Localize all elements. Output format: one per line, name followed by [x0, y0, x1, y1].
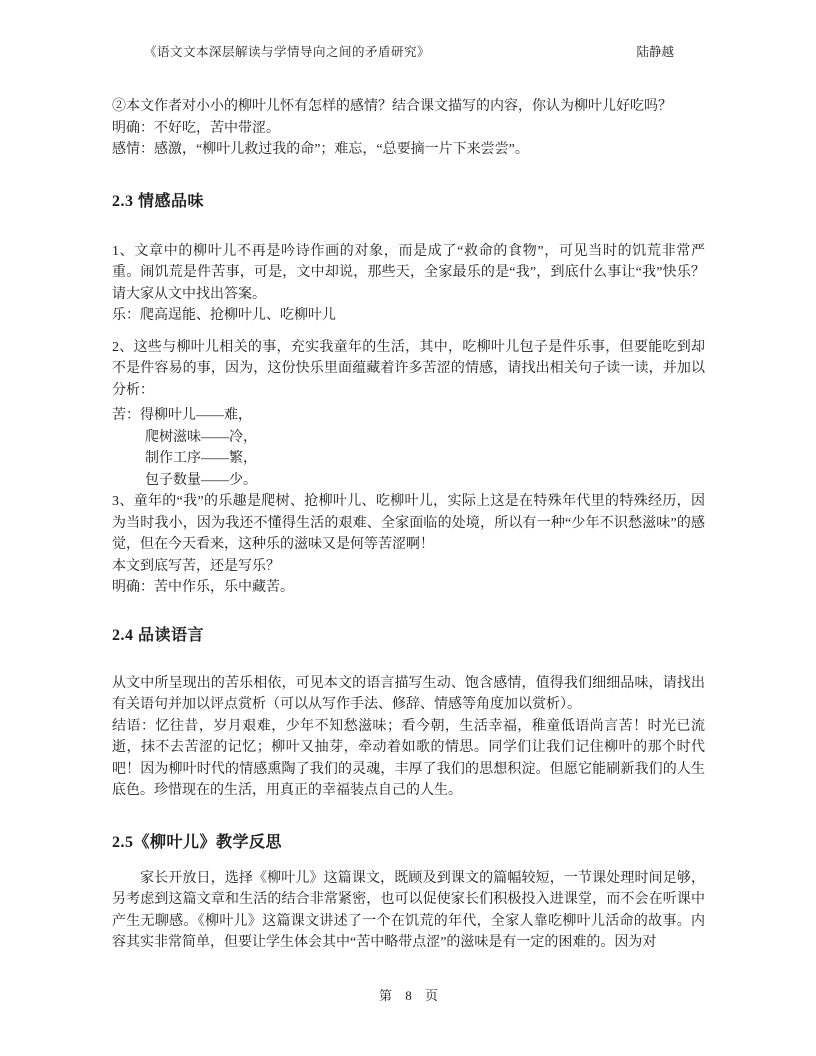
list-item: 制作工序——繁， [112, 448, 705, 470]
bitterness-list: 苦：得柳叶儿——难， 爬树滋味——冷， 制作工序——繁， 包子数量——少。 [112, 405, 705, 491]
paragraph-2-3-1: 1、文章中的柳叶儿不再是吟诗作画的对象，而是成了“救命的食物”，可见当时的饥荒非… [112, 241, 705, 306]
section-heading-2-4: 2.4 品读语言 [112, 625, 705, 647]
running-title: 《语文文本深层解读与学情导向之间的矛盾研究》 [144, 44, 430, 60]
list-item: 苦：得柳叶儿——难， [112, 405, 705, 427]
answer-feeling-line: 感情：感激，“柳叶儿救过我的命”；难忘，“总要摘一片下来尝尝”。 [112, 139, 705, 161]
section-heading-2-3: 2.3 情感品味 [112, 191, 705, 213]
question-answer-block: ②本文作者对小小的柳叶儿怀有怎样的感情？结合课文描写的内容，你认为柳叶儿好吃吗？… [112, 96, 705, 161]
document-body: ②本文作者对小小的柳叶儿怀有怎样的感情？结合课文描写的内容，你认为柳叶儿好吃吗？… [112, 96, 705, 954]
list-item: 爬树滋味——冷， [112, 427, 705, 449]
page-number: 第 8 页 [379, 988, 438, 1003]
answer2-line: 明确：苦中作乐，乐中藏苦。 [112, 577, 705, 599]
page-footer: 第 8 页 [112, 985, 705, 1004]
paragraph-2-4-2: 结语：忆往昔，岁月艰难，少年不知愁滋味；看今朝，生活幸福，稚童低语尚言苦！时光已… [112, 716, 705, 802]
page-header: 《语文文本深层解读与学情导向之间的矛盾研究》 陆静越 [112, 44, 704, 60]
author-name: 陆静越 [636, 44, 674, 60]
paragraph-2-3-3: 3、童年的“我”的乐趣是爬树、抢柳叶儿、吃柳叶儿，实际上这是在特殊年代里的特殊经… [112, 491, 705, 556]
paragraph-2-5-1: 家长开放日，选择《柳叶儿》这篇课文，既顾及到课文的篇幅较短，一节课处理时间足够，… [112, 868, 705, 954]
question-line: ②本文作者对小小的柳叶儿怀有怎样的感情？结合课文描写的内容，你认为柳叶儿好吃吗？ [112, 96, 705, 118]
list-item: 包子数量——少。 [112, 470, 705, 492]
answer-taste-line: 明确：不好吃，苦中带涩。 [112, 118, 705, 140]
paragraph-2-3-2: 2、这些与柳叶儿相关的事，充实我童年的生活，其中，吃柳叶儿包子是件乐事，但要能吃… [112, 337, 705, 402]
section-heading-2-5: 2.5《柳叶儿》教学反思 [112, 832, 705, 854]
document-page: 《语文文本深层解读与学情导向之间的矛盾研究》 陆静越 ②本文作者对小小的柳叶儿怀… [0, 0, 816, 1056]
answer-le-line: 乐：爬高逞能、抢柳叶儿、吃柳叶儿 [112, 305, 705, 327]
paragraph-2-4-1: 从文中所呈现出的苦乐相依，可见本文的语言描写生动、饱含感情，值得我们细细品味，请… [112, 673, 705, 716]
question2-line: 本文到底写苦，还是写乐？ [112, 556, 705, 578]
